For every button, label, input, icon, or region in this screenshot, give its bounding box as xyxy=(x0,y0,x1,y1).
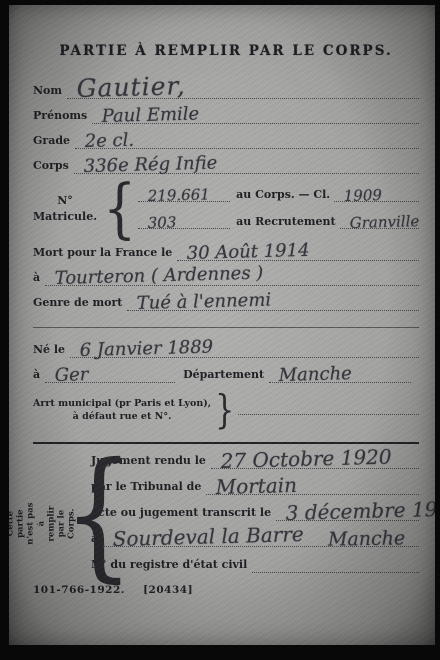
arr-municipal-label: Arrt municipal (pr Paris et Lyon), à déf… xyxy=(33,398,211,424)
matricule-recrutement-line: 303 au Recrutement Granville xyxy=(138,214,419,229)
field-nom: Nom Gautier, xyxy=(33,83,419,99)
mort-date-value: 30 Août 1914 xyxy=(187,240,310,264)
corps-label: Corps xyxy=(33,159,69,174)
jugement-transcrit: acte ou jugement transcrit le 3 décembre… xyxy=(91,506,419,521)
nom-label: Nom xyxy=(33,84,62,99)
mort-lieu-value: Tourteron ( Ardennes ) xyxy=(55,263,264,289)
record-card: PARTIE À REMPLIR PAR LE CORPS. Nom Gauti… xyxy=(9,5,435,645)
card-title: PARTIE À REMPLIR PAR LE CORPS. xyxy=(33,43,419,59)
jugement-lieu-value: Sourdeval la Barre xyxy=(113,522,305,551)
nom-value: Gautier, xyxy=(76,71,186,103)
field-ne-a-departement: à Ger Département Manche xyxy=(33,367,419,383)
field-genre-mort: Genre de mort Tué à l'ennemi xyxy=(33,295,419,311)
field-mort-date: Mort pour la France le 30 Août 1914 xyxy=(33,245,419,261)
reference-number: [20434] xyxy=(143,584,193,596)
matricule-corps-number: 219.661 xyxy=(148,185,210,205)
ne-le-value: 6 Janvier 1889 xyxy=(80,337,214,361)
recrutement-value: Granville xyxy=(349,212,419,232)
prenoms-value: Paul Emile xyxy=(102,103,200,127)
jugement-tribunal: par le Tribunal de Mortain xyxy=(91,480,419,495)
jugement-section: Cette partie n'est pas à remplir par le … xyxy=(33,454,419,573)
matricule-label: N° Matricule. xyxy=(33,193,97,226)
jugement-lieu: à Sourdeval la Barre Manche xyxy=(91,532,419,547)
au-corps-label: au Corps. — Cl. xyxy=(230,188,334,202)
au-recrutement-label: au Recrutement xyxy=(230,215,339,229)
mort-date-label: Mort pour la France le xyxy=(33,246,172,261)
ne-le-label: Né le xyxy=(33,343,65,358)
jugement-rendu-value: 27 Octobre 1920 xyxy=(220,445,392,473)
jugement-brace: { xyxy=(63,427,134,615)
arr-municipal-brace: } xyxy=(211,388,238,434)
genre-mort-label: Genre de mort xyxy=(33,296,122,311)
scan-frame: PARTIE À REMPLIR PAR LE CORPS. Nom Gauti… xyxy=(0,0,440,660)
registre-blank-line xyxy=(252,559,419,573)
grade-label: Grade xyxy=(33,134,70,149)
field-grade: Grade 2e cl. xyxy=(33,133,419,149)
side-note: Cette partie n'est pas à remplir par le … xyxy=(19,460,63,588)
field-prenoms: Prénoms Paul Emile xyxy=(33,108,419,124)
departement-value: Manche xyxy=(279,363,353,386)
mort-lieu-label: à xyxy=(33,271,40,286)
prenoms-label: Prénoms xyxy=(33,109,87,124)
tribunal-value: Mortain xyxy=(216,473,298,499)
classe-value: 1909 xyxy=(344,186,383,205)
transcrit-value: 3 décembre 1920 xyxy=(285,496,435,525)
matricule-corps-line: 219.661 au Corps. — Cl. 1909 xyxy=(138,187,419,202)
jugement-registre: N° du registre d'état civil xyxy=(91,558,419,573)
jugement-departement-value: Manche xyxy=(328,527,406,550)
field-ne-le: Né le 6 Janvier 1889 xyxy=(33,342,419,358)
field-corps: Corps 336e Rég Infie xyxy=(33,158,419,174)
section-divider-thin xyxy=(33,327,419,328)
field-arr-municipal: Arrt municipal (pr Paris et Lyon), à déf… xyxy=(33,393,419,428)
matricule-recrutement-number: 303 xyxy=(148,213,177,232)
field-mort-lieu: à Tourteron ( Ardennes ) xyxy=(33,270,419,286)
jugement-rendu: Jugement rendu le 27 Octobre 1920 xyxy=(91,454,419,469)
grade-value: 2e cl. xyxy=(84,130,134,152)
matricule-brace: { xyxy=(97,177,138,242)
genre-mort-value: Tué à l'ennemi xyxy=(137,289,272,314)
arr-municipal-blank-line xyxy=(238,407,419,415)
field-matricule: N° Matricule. { 219.661 au Corps. — Cl. … xyxy=(33,183,419,235)
departement-label: Département xyxy=(183,368,264,383)
ne-a-value: Ger xyxy=(55,364,89,386)
ne-a-label: à xyxy=(33,368,40,383)
